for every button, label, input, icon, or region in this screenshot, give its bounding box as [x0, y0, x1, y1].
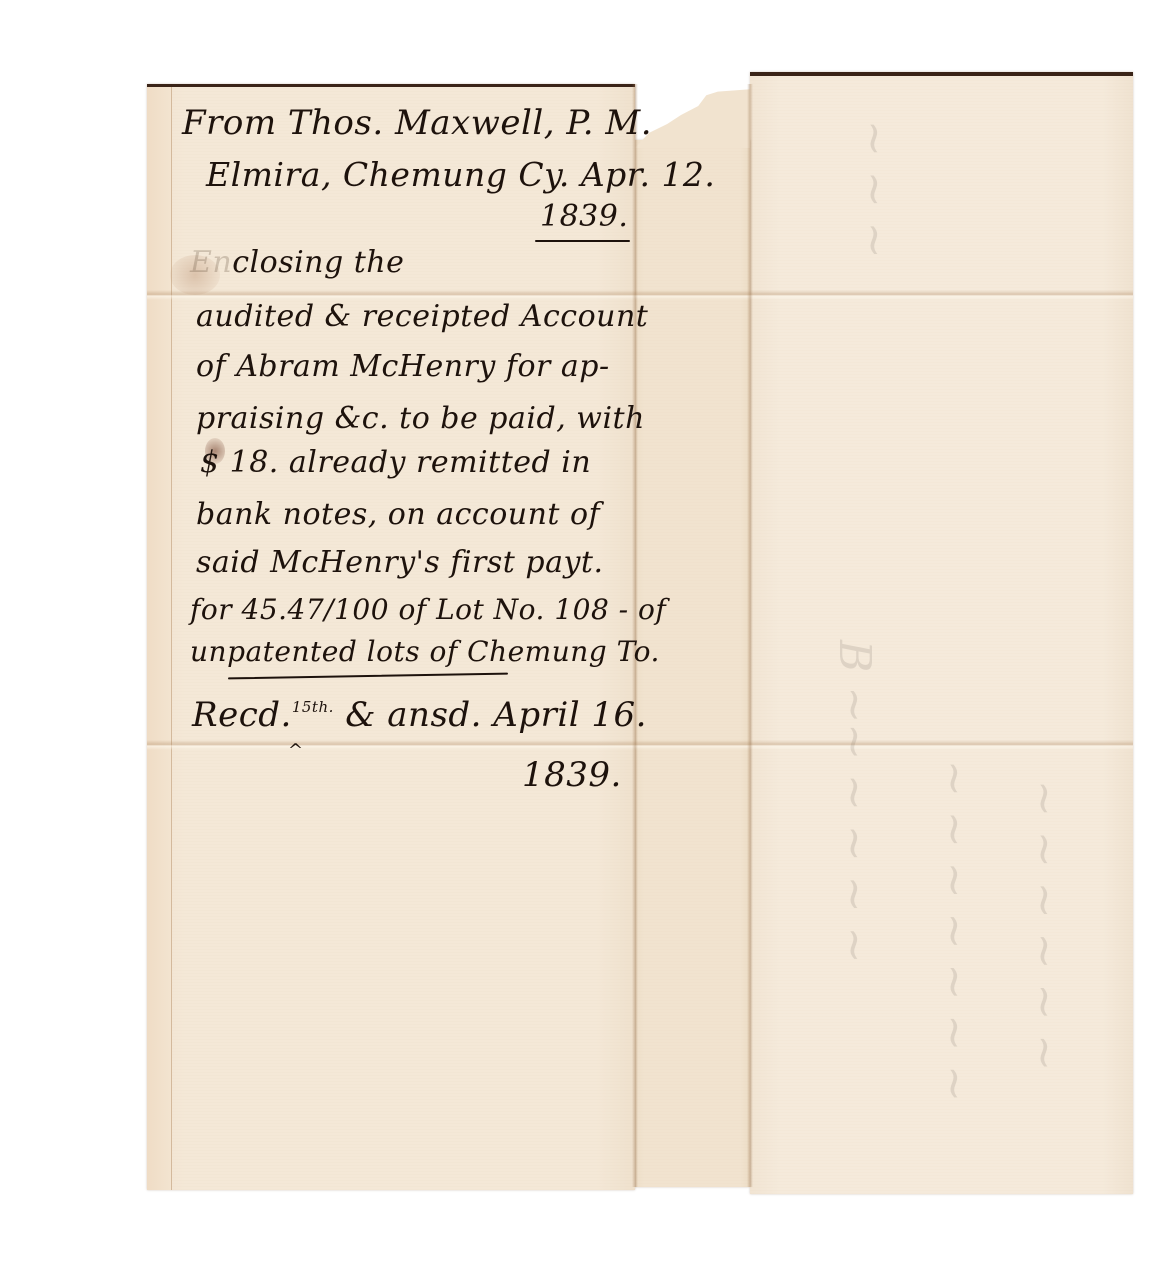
faded-prefix: En — [190, 245, 232, 280]
torn-paper-edge — [635, 88, 750, 148]
bleed-through-text: ~ ~ ~ — [849, 120, 900, 259]
left-edge-strip — [147, 87, 172, 1190]
body-line: praising &c. to be paid, with — [196, 404, 645, 434]
body-line: said McHenry's first payt. — [196, 548, 604, 578]
body-line: $ 18. already remitted in — [200, 448, 591, 478]
received-superscript: 15th. — [292, 698, 334, 716]
body-line-text: closing the — [232, 245, 404, 280]
received-label: Recd. — [192, 695, 292, 735]
body-line: for 45.47/100 of Lot No. 108 - of — [190, 596, 666, 624]
letter-year: 1839. — [540, 202, 628, 232]
received-year: 1839. — [522, 758, 622, 792]
received-line: Recd.15th. & ansd. April 16. — [192, 698, 647, 732]
body-line: Enclosing the — [190, 248, 404, 278]
caret-mark: ^ — [288, 742, 304, 760]
body-line: audited & receipted Account — [196, 302, 648, 332]
bleed-through-text: B ~~ ~ ~ ~ ~ — [829, 640, 880, 963]
bleed-through-text: ~ ~ ~ ~ ~ ~ — [1019, 780, 1070, 1071]
received-text: & ansd. April 16. — [345, 695, 647, 735]
body-line: bank notes, on account of — [196, 500, 600, 530]
year-underline — [535, 240, 630, 242]
letter-origin-line: Elmira, Chemung Cy. Apr. 12. — [206, 158, 715, 191]
bleed-through-text: ~ ~ ~ ~ ~ ~ ~ — [929, 760, 980, 1102]
letter-from-line: From Thos. Maxwell, P. M. — [182, 106, 652, 140]
body-line: unpatented lots of Chemung To. — [190, 638, 660, 666]
body-line: of Abram McHenry for ap- — [196, 352, 610, 382]
